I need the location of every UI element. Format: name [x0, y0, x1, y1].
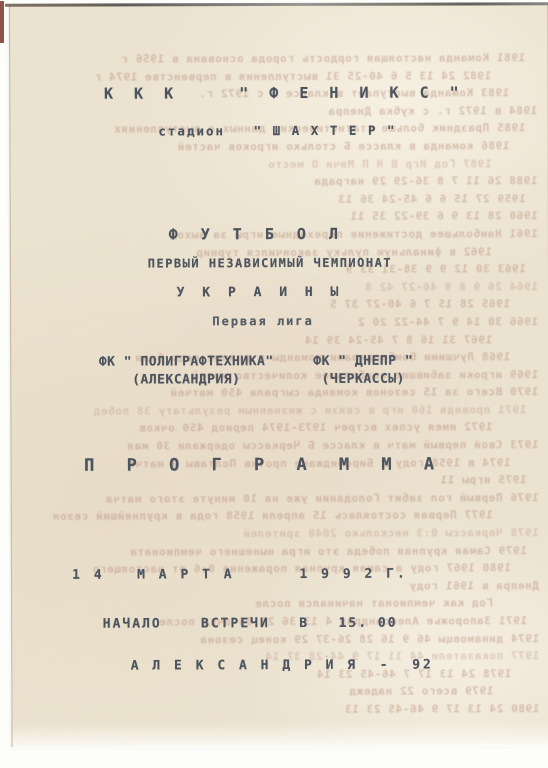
club-name-line: К К К " Ф Е Н И К С ": [10, 83, 548, 103]
bleedthrough-line: 1971 проведя 160 игр в связи с жизненным…: [25, 401, 538, 420]
bleedthrough-line: 1976 Первый гол забит Голодании уже на 1…: [26, 489, 539, 508]
program-cover-page: 1981 Команда настоящая гордость города о…: [9, 3, 548, 747]
bleedthrough-line: 1979 Самая крупная победа это игра нынеш…: [26, 542, 539, 561]
bleedthrough-line: 1986 команда в классе Б столько игроков …: [24, 137, 537, 156]
country-title: У К Р А И Н Ы: [11, 284, 509, 301]
bleedthrough-line: Год как чемпионат начинался после: [26, 595, 539, 614]
sport-title: Ф У Т Б О Л: [11, 224, 503, 244]
stadium-line: стадион " Ш А Х Т Е Р ": [10, 122, 544, 139]
championship-title: ПЕРВЫЙ НЕЗАВИСИМЫЙ ЧЕМПИОНАТ: [11, 255, 529, 271]
bleedthrough-line: 1959 27 15 6 6 45-24 36 13: [25, 190, 538, 209]
home-team: ФК " ПОЛИГРАФТЕХНИКА" (АЛЕКСАНДРИЯ): [69, 353, 303, 390]
away-team-city: (ЧЕРКАССЫ): [304, 371, 422, 389]
bleedthrough-line: 1980 24 13 17 9 46-45 23 13: [26, 700, 539, 719]
away-team: ФК " ДНЕПР " (ЧЕРКАССЫ): [304, 353, 422, 389]
league-label: Первая лига: [11, 313, 515, 329]
match-date: 1 4 М А Р Т А 1 9 9 2 Г.: [12, 566, 468, 583]
bleedthrough-line: 1974 динамовцы 46 9 16 28 26-37 29 конец…: [26, 630, 539, 649]
home-team-city: (АЛЕКСАНДРИЯ): [69, 371, 303, 390]
home-team-name: ФК " ПОЛИГРАФТЕХНИКА": [69, 353, 303, 372]
bleedthrough-line: 1967 31 16 8 7 45-24 39 14: [25, 331, 538, 350]
bleedthrough-line: 1987 Год Игр В Н П Мячи О место: [25, 155, 538, 174]
match-teams: ФК " ПОЛИГРАФТЕХНИКА" (АЛЕКСАНДРИЯ) ФК "…: [11, 352, 548, 394]
bleedthrough-line: 1979 всего 22 надежд: [26, 683, 539, 702]
program-title: П Р О Г Р А М М А: [12, 454, 518, 476]
bleedthrough-line: 1973 Свой первый матч в классе Б Черкасс…: [26, 436, 539, 455]
away-team-name: ФК " ДНЕПР ": [304, 353, 422, 371]
bleedthrough-line: 1978 Черкассы 0:3 несколько 2040 зрителе…: [26, 524, 539, 543]
bleedthrough-line: 1972 имея успех встреч 1973-1974 период …: [25, 419, 538, 438]
bleedthrough-line: 1984 в 1972 г. с кубка Днепра: [24, 102, 537, 121]
bleedthrough-line: 1977 Первая состоялась 15 апреля 1958 го…: [26, 507, 539, 526]
kickoff-time: НАЧАЛО ВСТРЕЧИ В 15. 00: [12, 615, 488, 632]
scan-corner-mark: [0, 1, 4, 43]
footer-city-year: А Л Е К С А Н Д Р И Я - 92: [12, 657, 548, 674]
bleedthrough-line: 1988 26 11 7 8 36-29 29 награда: [25, 172, 538, 191]
bleedthrough-line: 1981 Команда настоящая гордость города о…: [24, 49, 537, 68]
